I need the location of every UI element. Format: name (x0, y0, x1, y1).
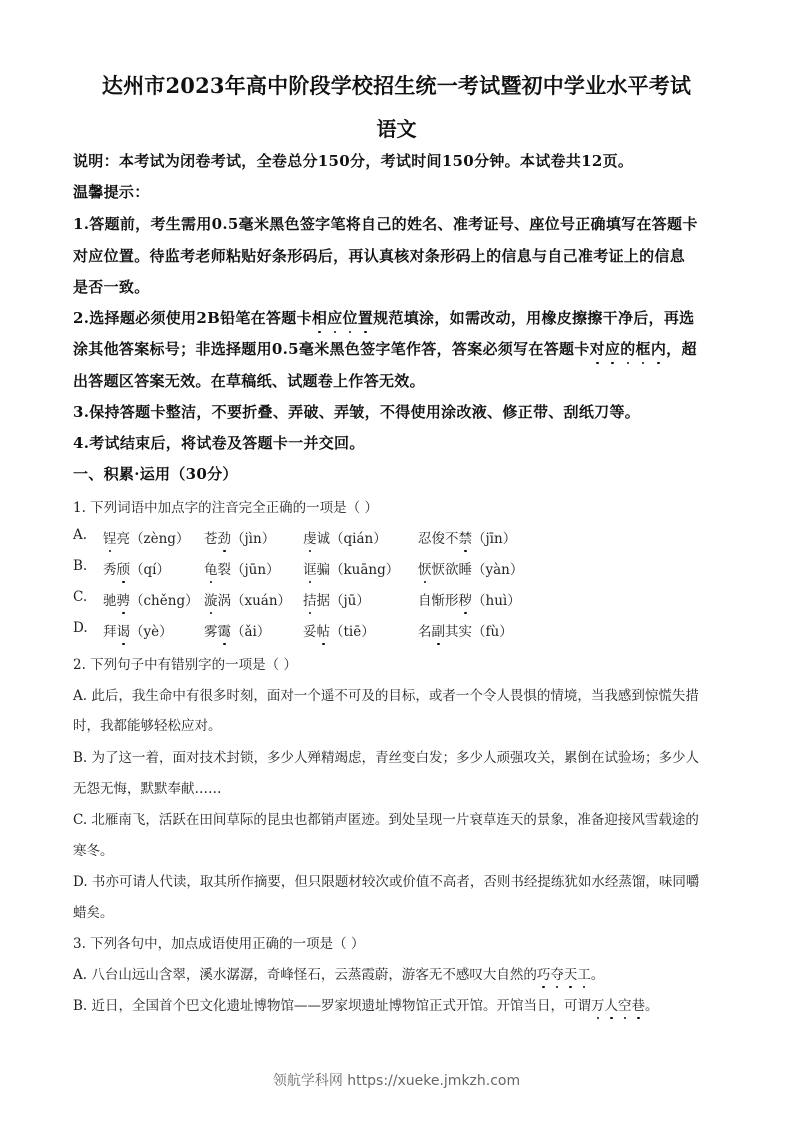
exam-page: 达州市2023年高中阶段学校招生统一考试暨初中学业水平考试 语文 说明：本考试为… (0, 0, 793, 1122)
question-2-option-b-line-1: B. 为了这一着，面对技术封锁，多少人殚精竭虑，青丝变白发；多少人顽强攻关，累倒… (73, 746, 699, 766)
subject-title: 语文 (0, 113, 793, 142)
dotted-char: 诓 (303, 558, 317, 578)
tip-2-line-2: 涂其他答案标号；非选择题用0.5毫米黑色签字笔作答，答案必须写在答题卡对应的框内… (73, 338, 697, 359)
dotted-char: 副 (432, 620, 446, 640)
dotted-char: 人 (605, 994, 619, 1014)
pinyin-item: 苍劲（jìn） (204, 527, 275, 547)
dotted-char: 空 (618, 994, 632, 1014)
dotted-char: 骋 (117, 589, 131, 609)
dotted-char: 漩 (204, 589, 218, 609)
exam-intro: 说明：本考试为闭卷考试，全卷总分150分，考试时间150分钟。本试卷共12页。 (73, 150, 633, 171)
dotted-phrase: 相应位置 (312, 309, 373, 327)
tip-1-line-1: 1.答题前，考生需用0.5毫米黑色签字笔将自己的姓名、准考证号、座位号正确填写在… (73, 213, 698, 234)
dotted-char: 工 (577, 963, 591, 983)
tips-heading: 温馨提示： (73, 181, 150, 202)
dotted-char: 拮 (303, 589, 317, 609)
tip-1-line-3: 是否一致。 (73, 276, 150, 297)
pinyin-item: 锃亮（zèng） (103, 527, 189, 547)
dotted-char: 颀 (117, 558, 131, 578)
dotted-char: 帖 (317, 620, 331, 640)
question-2-option-d-line-2: 蜡矣。 (73, 901, 114, 921)
dotted-char: 应 (605, 338, 620, 359)
dotted-char: 恹 (418, 558, 432, 578)
tip-1-line-2: 对应位置。待监考老师粘贴好条形码后，再认真核对条形码上的信息与自己准考证上的信息 (73, 245, 685, 266)
question-3-option-b: B. 近日，全国首个巴文化遗址博物馆——罗家坝遗址博物馆正式开馆。开馆当日，可谓… (73, 994, 659, 1014)
dotted-idiom: 万人空巷 (591, 998, 645, 1014)
question-2-option-a-line-1: A. 此后，我生命中有很多时刻，面对一个遥不可及的目标，或者一个令人畏惧的情境，… (73, 684, 699, 704)
dotted-char: 劲 (218, 527, 232, 547)
dotted-char: 禁 (459, 527, 473, 547)
dotted-phrase: 对应的框内 (590, 340, 667, 358)
dotted-char: 的 (620, 338, 635, 359)
dotted-char: 巧 (537, 963, 551, 983)
dotted-char: 应 (327, 307, 342, 328)
pinyin-item: 拜谒（yè） (103, 620, 173, 640)
dotted-char: 秽 (459, 589, 473, 609)
tip-3: 3.保持答题卡整洁，不要折叠、弄破、弄皱，不得使用涂改液、修正带、刮纸刀等。 (73, 401, 640, 422)
pinyin-item: 名副其实（fù） (418, 620, 513, 640)
question-2-stem: 2. 下列句子中有错别字的一项是（ ） (73, 653, 297, 673)
question-1-stem: 1. 下列词语中加点字的注音完全正确的一项是（ ） (73, 496, 378, 516)
pinyin-item: 漩涡（xuán） (204, 589, 291, 609)
question-3-stem: 3. 下列各句中，加点成语使用正确的一项是（ ） (73, 932, 364, 952)
tip-2-line-3: 出答题区答案无效。在草稿纸、试题卷上作答无效。 (73, 370, 425, 391)
question-2-option-c-line-1: C. 北雁南飞，活跃在田间草际的昆虫也都销声匿迹。到处呈现一片衰草连天的景象，准… (73, 808, 699, 828)
exam-title: 达州市2023年高中阶段学校招生统一考试暨初中学业水平考试 (0, 70, 793, 100)
pinyin-item: 虔诚（qián） (303, 527, 387, 547)
dotted-char: 霭 (218, 620, 232, 640)
dotted-char: 万 (591, 994, 605, 1014)
dotted-char: 虔 (303, 527, 317, 547)
dotted-char: 框 (636, 338, 651, 359)
tip-2-line-1: 2.选择题必须使用2B铅笔在答题卡相应位置规范填涂，如需改动，用橡皮擦擦干净后，… (73, 307, 694, 328)
pinyin-item: 诓骗（kuāng） (303, 558, 399, 578)
question-2-option-b-line-2: 无怨无悔，默默奉献…… (73, 777, 222, 797)
dotted-char: 锃 (103, 527, 117, 547)
pinyin-item: 雾霭（ǎi） (204, 620, 270, 640)
dotted-char: 谒 (117, 620, 131, 640)
pinyin-item: 龟裂（jūn） (204, 558, 280, 578)
option-letter: D. (73, 620, 88, 636)
question-2-option-d-line-1: D. 书亦可请人代读，取其所作摘要，但只限题材较次或价值不高者，否则书经提练犹如… (73, 870, 699, 890)
dotted-char: 龟 (204, 558, 218, 578)
dotted-char: 内 (651, 338, 666, 359)
dotted-char: 相 (312, 307, 327, 328)
question-3-option-a: A. 八台山远山含翠，溪水潺潺，奇峰怪石，云蒸霞蔚，游客无不感叹大自然的巧夺天工… (73, 963, 604, 983)
pinyin-item: 秀颀（qí） (103, 558, 170, 578)
dotted-idiom: 巧夺天工 (537, 967, 591, 983)
option-letter: A. (73, 527, 87, 543)
dotted-char: 天 (564, 963, 578, 983)
section-heading: 一、积累·运用（30分） (73, 463, 238, 484)
pinyin-item: 驰骋（chěng） (103, 589, 199, 609)
dotted-char: 置 (358, 307, 373, 328)
pinyin-item: 妥帖（tiē） (303, 620, 375, 640)
pinyin-item: 拮据（jū） (303, 589, 370, 609)
dotted-char: 巷 (632, 994, 646, 1014)
pinyin-item: 忍俊不禁（jīn） (418, 527, 516, 547)
question-2-option-a-line-2: 时，我都能够轻松应对。 (73, 714, 222, 734)
dotted-char: 对 (590, 338, 605, 359)
pinyin-item: 自惭形秽（huì） (418, 589, 521, 609)
watermark-footer: 领航学科网 https://xueke.jmkzh.com (0, 1070, 793, 1090)
question-2-option-c-line-2: 寒冬。 (73, 839, 114, 859)
pinyin-item: 恹恹欲睡（yàn） (418, 558, 523, 578)
dotted-char: 夺 (550, 963, 564, 983)
option-letter: C. (73, 589, 87, 605)
dotted-char: 位 (343, 307, 358, 328)
tip-4: 4.考试结束后，将试卷及答题卡一并交回。 (73, 432, 365, 453)
option-letter: B. (73, 558, 87, 574)
